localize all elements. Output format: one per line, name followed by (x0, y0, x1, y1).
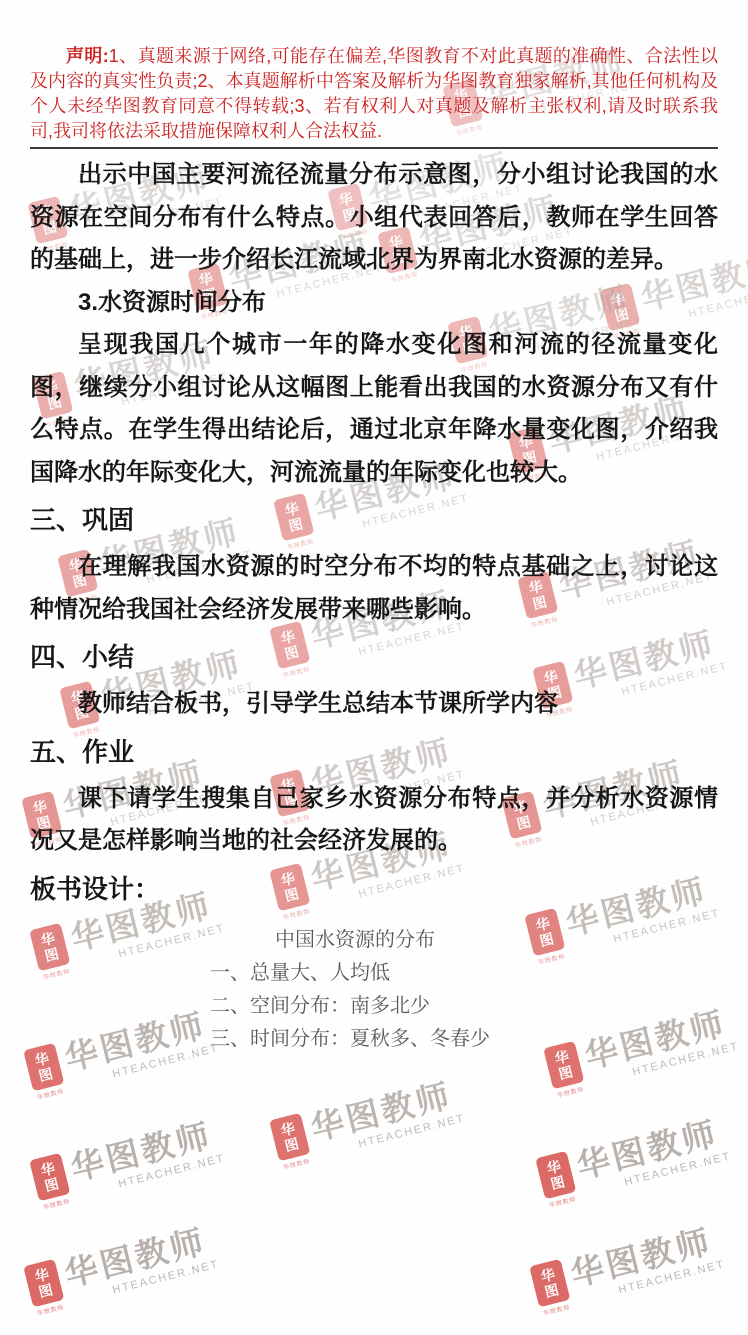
board-item: 一、总量大、人均低 (190, 957, 520, 990)
disclaimer-label: 声明: (66, 46, 109, 66)
huatu-logo-icon: 华图华图教师 (269, 1113, 313, 1172)
separator-line (30, 147, 718, 149)
watermark-cn-text: 华图教师 (565, 1216, 716, 1296)
watermark-en-text: HTEACHER.NET (117, 1152, 226, 1190)
huatu-watermark: 华图华图教师华图教师HTEACHER.NET (21, 1214, 220, 1318)
huatu-logo-icon: 华图华图教师 (29, 1153, 73, 1212)
huatu-logo-caption: 华图教师 (556, 1084, 585, 1100)
huatu-logo-icon: 华图华图教师 (23, 1259, 67, 1318)
huatu-watermark: 华图华图教师华图教师HTEACHER.NET (267, 1068, 466, 1172)
board-design: 中国水资源的分布 一、总量大、人均低二、空间分布：南多北少三、时间分布：夏秋多、… (190, 924, 520, 1056)
huatu-watermark: 华图华图教师华图教师HTEACHER.NET (533, 1106, 732, 1210)
huatu-logo-caption: 华图教师 (548, 1194, 577, 1210)
disclaimer: 声明:1、真题来源于网络,可能存在偏差,华图教育不对此真题的准确性、合法性以及内… (30, 44, 718, 144)
huatu-logo-caption: 华图教师 (542, 1302, 571, 1318)
watermark-cn-text: 华图教师 (65, 1110, 216, 1190)
huatu-logo-caption: 华图教师 (282, 1156, 311, 1172)
huatu-logo-caption: 华图教师 (36, 1302, 65, 1318)
board-title: 中国水资源的分布 (190, 924, 520, 957)
huatu-logo-monogram: 华图 (529, 1259, 570, 1307)
section-heading: 五、作业 (30, 729, 718, 775)
disclaimer-text: 1、真题来源于网络,可能存在偏差,华图教育不对此真题的准确性、合法性以及内容的真… (30, 46, 718, 141)
huatu-watermark: 华图华图教师华图教师HTEACHER.NET (527, 1214, 726, 1318)
lesson-plan-document: 声明:1、真题来源于网络,可能存在偏差,华图教育不对此真题的准确性、合法性以及内… (30, 0, 718, 1056)
huatu-logo-monogram: 华图 (269, 1113, 310, 1161)
body-paragraph: 呈现我国几个城市一年的降水变化图和河流的径流量变化图，继续分小组讨论从这幅图上能… (30, 324, 718, 494)
board-item: 三、时间分布：夏秋多、冬春少 (190, 1023, 520, 1056)
section-heading: 四、小结 (30, 634, 718, 680)
huatu-logo-caption: 华图教师 (36, 1086, 65, 1102)
huatu-logo-monogram: 华图 (535, 1151, 576, 1199)
body-paragraph: 出示中国主要河流径流量分布示意图，分小组讨论我国的水资源在空间分布有什么特点。小… (30, 154, 718, 282)
section-heading: 三、巩固 (30, 497, 718, 543)
huatu-logo-caption: 华图教师 (42, 1196, 71, 1212)
huatu-logo-monogram: 华图 (29, 1153, 70, 1201)
huatu-logo-icon: 华图华图教师 (535, 1151, 579, 1210)
board-items: 一、总量大、人均低二、空间分布：南多北少三、时间分布：夏秋多、冬春少 (190, 957, 520, 1056)
body-paragraph: 课下请学生搜集自己家乡水资源分布特点，并分析水资源情况又是怎样影响当地的社会经济… (30, 778, 718, 863)
huatu-watermark: 华图华图教师华图教师HTEACHER.NET (27, 1108, 226, 1212)
huatu-logo-monogram: 华图 (23, 1259, 64, 1307)
huatu-logo-icon: 华图华图教师 (529, 1259, 573, 1318)
watermark-en-text: HTEACHER.NET (623, 1150, 732, 1188)
body-paragraph: 在理解我国水资源的时空分布不均的特点基础之上，讨论这种情况给我国社会经济发展带来… (30, 546, 718, 631)
watermark-cn-text: 华图教师 (571, 1108, 722, 1188)
watermark-cn-text: 华图教师 (305, 1070, 456, 1150)
body-paragraph: 教师结合板书，引导学生总结本节课所学内容 (30, 683, 718, 726)
watermark-en-text: HTEACHER.NET (617, 1258, 726, 1296)
watermark-en-text: HTEACHER.NET (357, 1112, 466, 1150)
body-paragraph: 3.水资源时间分布 (30, 282, 718, 325)
board-item: 二、空间分布：南多北少 (190, 990, 520, 1023)
watermark-cn-text: 华图教师 (59, 1216, 210, 1296)
lesson-content: 出示中国主要河流径流量分布示意图，分小组讨论我国的水资源在空间分布有什么特点。小… (30, 154, 718, 912)
section-heading: 板书设计： (30, 866, 718, 912)
watermark-en-text: HTEACHER.NET (111, 1258, 220, 1296)
document-page: 华图华图教师华图教师HTEACHER.NET华图华图教师华图教师HTEACHER… (0, 0, 748, 1335)
